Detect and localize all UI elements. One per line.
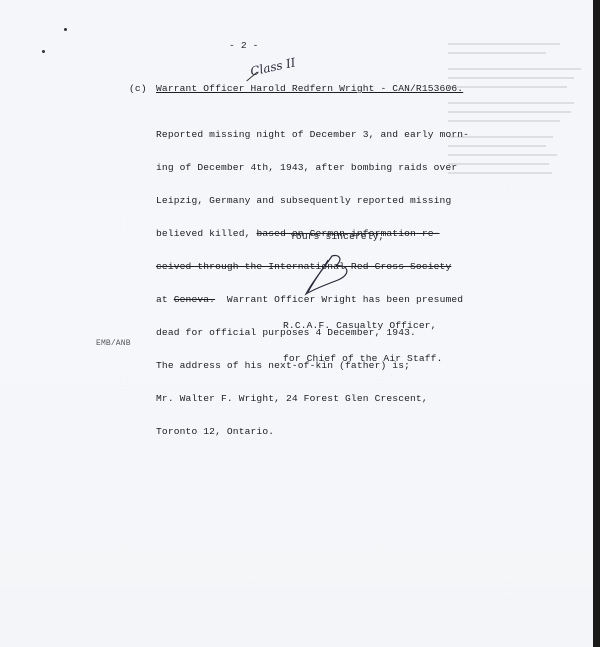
typist-initials: EMB/ANB <box>96 338 131 349</box>
paragraph-line: Leipzig, Germany and subsequently report… <box>156 195 469 206</box>
paper-speck <box>64 28 67 31</box>
signature-subtitle: for Chief of the Air Staff. <box>283 353 443 364</box>
paragraph-line: ing of December 4th, 1943, after bombing… <box>156 162 469 173</box>
section-heading: Warrant Officer Harold Redfern Wright - … <box>156 83 463 94</box>
paragraph-line: Reported missing night of December 3, an… <box>156 129 469 140</box>
signature-title: R.C.A.F. Casualty Officer, <box>283 320 443 331</box>
paragraph-line: Mr. Walter F. Wright, 24 Forest Glen Cre… <box>156 393 469 404</box>
paragraph-line: Toronto 12, Ontario. <box>156 426 469 437</box>
handwritten-class-annotation: Class II <box>249 55 297 78</box>
section-label: (c) <box>129 83 147 94</box>
signature-icon <box>298 252 358 297</box>
scan-edge <box>593 0 600 647</box>
paper-speck <box>42 50 45 53</box>
page-number: - 2 - <box>229 40 259 51</box>
closing-salutation: Yours sincerely, <box>290 231 385 242</box>
struck-text: Geneva. <box>174 294 215 305</box>
document-page: - 2 - Class II (c) Warrant Officer Harol… <box>0 0 593 647</box>
signature-block: R.C.A.F. Casualty Officer, for Chief of … <box>283 298 443 386</box>
